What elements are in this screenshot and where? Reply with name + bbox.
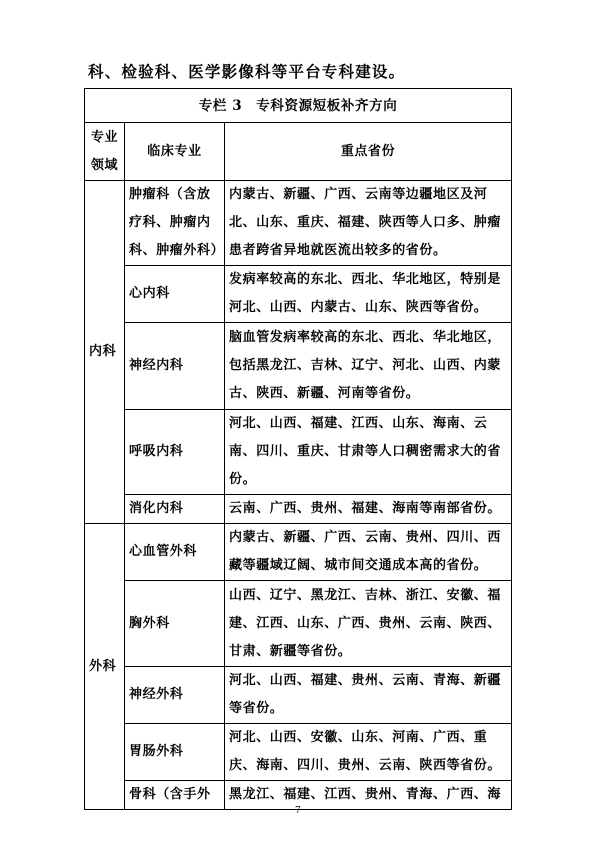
header-provinces: 重点省份 <box>225 123 512 181</box>
header-specialty: 临床专业 <box>125 123 225 181</box>
specialty-cell: 神经内科 <box>125 323 225 410</box>
specialty-cell: 骨科（含手外 <box>125 781 225 810</box>
provinces-cell: 内蒙古、新疆、广西、云南、贵州、四川、西藏等疆域辽阔、城市间交通成本高的省份。 <box>225 524 512 581</box>
specialty-cell: 神经外科 <box>125 667 225 724</box>
provinces-cell: 发病率较高的东北、西北、华北地区，特别是河北、山西、内蒙古、山东、陕西等省份。 <box>225 266 512 323</box>
specialty-cell: 心血管外科 <box>125 524 225 581</box>
specialty-cell: 肿瘤科（含放疗科、肿瘤内科、肿瘤外科） <box>125 181 225 266</box>
provinces-cell: 黑龙江、福建、江西、贵州、青海、广西、海 <box>225 781 512 810</box>
page-number: 7 <box>295 806 301 816</box>
specialty-cell: 呼吸内科 <box>125 410 225 495</box>
field-internal-medicine: 内科 <box>85 181 125 524</box>
header-field: 专业领域 <box>85 123 125 181</box>
provinces-cell: 河北、山西、福建、江西、山东、海南、云南、四川、重庆、甘肃等人口稠密需求大的省份… <box>225 410 512 495</box>
provinces-cell: 河北、山西、安徽、山东、河南、广西、重庆、海南、四川、贵州、云南、陕西等省份。 <box>225 724 512 781</box>
specialty-gap-table: 专栏 3 专科资源短板补齐方向 专业领域 临床专业 重点省份 内科 肿瘤科（含放… <box>84 88 512 810</box>
provinces-cell: 内蒙古、新疆、广西、云南等边疆地区及河北、山东、重庆、福建、陕西等人口多、肿瘤患… <box>225 181 512 266</box>
provinces-cell: 脑血管发病率较高的东北、西北、华北地区，包括黑龙江、吉林、辽宁、河北、山西、内蒙… <box>225 323 512 410</box>
provinces-cell: 云南、广西、贵州、福建、海南等南部省份。 <box>225 495 512 524</box>
lead-paragraph: 科、检验科、医学影像科等平台专科建设。 <box>88 60 405 82</box>
specialty-cell: 心内科 <box>125 266 225 323</box>
specialty-cell: 胸外科 <box>125 581 225 667</box>
provinces-cell: 山西、辽宁、黑龙江、吉林、浙江、安徽、福建、江西、山东、广西、贵州、云南、陕西、… <box>225 581 512 667</box>
specialty-cell: 消化内科 <box>125 495 225 524</box>
field-surgery: 外科 <box>85 524 125 810</box>
table-title: 专栏 3 专科资源短板补齐方向 <box>85 89 512 123</box>
provinces-cell: 河北、山西、福建、贵州、云南、青海、新疆等省份。 <box>225 667 512 724</box>
specialty-cell: 胃肠外科 <box>125 724 225 781</box>
